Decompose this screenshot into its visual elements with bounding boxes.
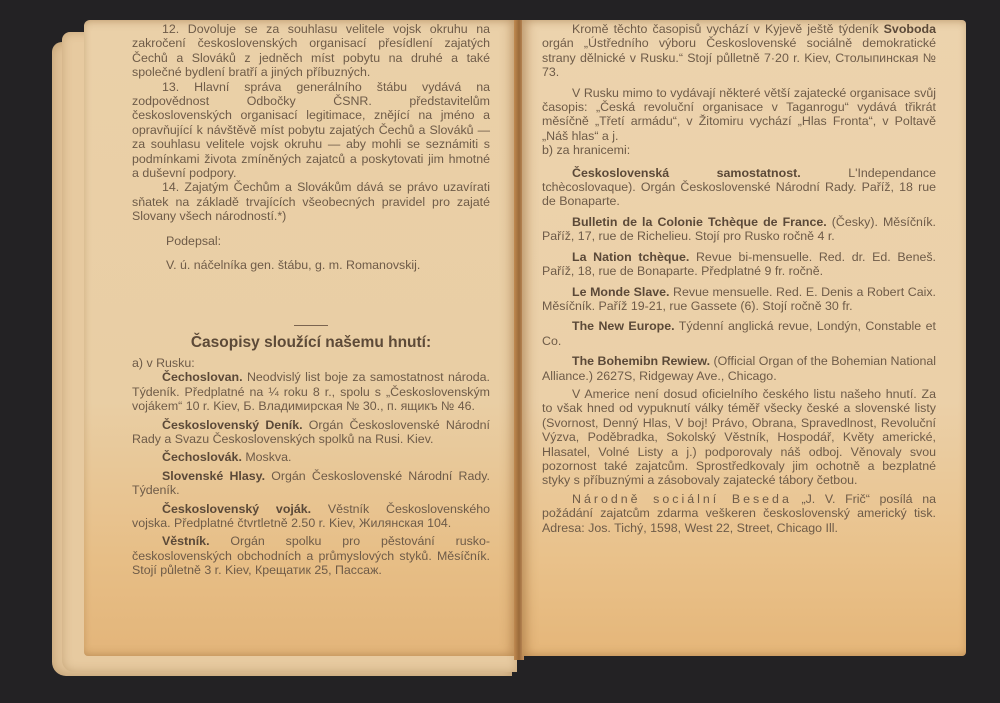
paragraph-12: 12. Dovoluje se za souhlasu velitele voj…: [132, 22, 490, 80]
signature: V. ú. náčelníka gen. štábu, g. m. Romano…: [132, 258, 490, 272]
section-heading: Časopisy sloužící našemu hnutí:: [132, 336, 490, 350]
intro-paragraph-2: V Rusku mimo to vydávají některé větší z…: [542, 86, 936, 144]
america-paragraph: V Americe není dosud oficielního českého…: [542, 387, 936, 488]
entry: Čechoslovák. Moskva.: [132, 450, 490, 464]
section-divider: [294, 325, 328, 326]
entry: The Bohemibn Rewiew. (Official Organ of …: [542, 354, 936, 383]
entry: Slovenské Hlasy. Orgán Československé Ná…: [132, 469, 490, 498]
entry: The New Europe. Týdenní anglická revue, …: [542, 319, 936, 348]
paragraph-13: 13. Hlavní správa generálního štábu vydá…: [132, 80, 490, 181]
entry: Bulletin de la Colonie Tchèque de France…: [542, 215, 936, 244]
left-page-text: 12. Dovoluje se za souhlasu velitele voj…: [132, 22, 490, 578]
entry: Čechoslovan. Neodvislý list boje za samo…: [132, 370, 490, 413]
entry: Československý voják. Věstník Českoslove…: [132, 502, 490, 531]
entry: La Nation tchèque. Revue bi-mensuelle. R…: [542, 250, 936, 279]
intro-paragraph: Kromě těchto časopisů vychází v Kyjevě j…: [542, 22, 936, 80]
section-b-label: b) za hranicemi:: [542, 143, 936, 157]
paragraph-14: 14. Zajatým Čechům a Slovákům dává se pr…: [132, 180, 490, 223]
right-page: Kromě těchto časopisů vychází v Kyjevě j…: [522, 20, 966, 656]
right-page-text: Kromě těchto časopisů vychází v Kyjevě j…: [542, 22, 936, 535]
left-page: 12. Dovoluje se za souhlasu velitele voj…: [84, 20, 516, 656]
section-a-label: a) v Rusku:: [132, 356, 490, 370]
entry: Le Monde Slave. Revue mensuelle. Red. E.…: [542, 285, 936, 314]
entry: Československá samostatnost. L'Independa…: [542, 166, 936, 209]
entry: Československý Deník. Orgán Českoslovens…: [132, 418, 490, 447]
entry: Věstník. Orgán spolku pro pěstování rusk…: [132, 534, 490, 577]
signed-label: Podepsal:: [132, 234, 490, 248]
beseda-paragraph: Národně sociální Beseda „J. V. Frič“ pos…: [542, 492, 936, 535]
